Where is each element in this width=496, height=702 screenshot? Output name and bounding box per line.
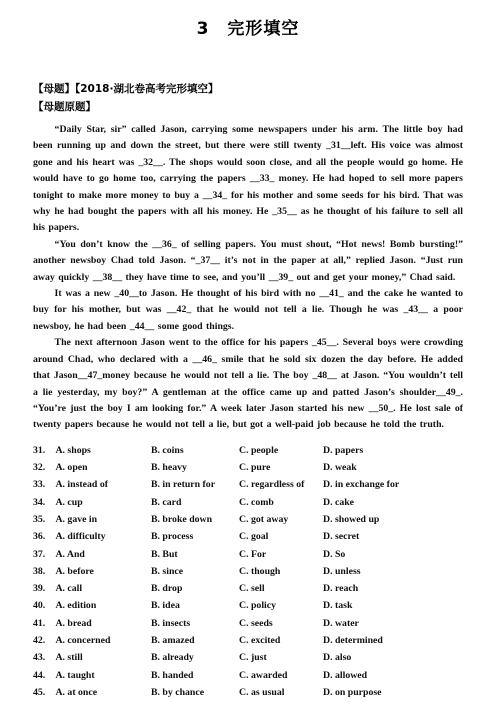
question-number: 36. (33, 528, 53, 545)
tag-block: 【母题】【2018·湖北卷高考完形填空】 【母题原题】 (33, 80, 463, 116)
option-a: A. still (55, 652, 82, 663)
question-number: 39. (33, 580, 53, 597)
question-first-cell: 32. A. open (33, 459, 151, 476)
question-first-cell: 33. A. instead of (33, 476, 151, 493)
option-b: B. insects (151, 615, 239, 632)
question-first-cell: 39. A. call (33, 580, 151, 597)
option-a: A. instead of (55, 479, 108, 490)
question-row: 44. A. taughtB. handedC. awardedD. allow… (33, 667, 463, 684)
question-row: 43. A. stillB. alreadyC. justD. also (33, 649, 463, 666)
option-b: B. handed (151, 667, 239, 684)
question-number: 40. (33, 597, 53, 614)
option-c: C. goal (239, 528, 323, 545)
question-row: 36. A. difficultyB. processC. goalD. sec… (33, 528, 463, 545)
question-first-cell: 41. A. bread (33, 615, 151, 632)
option-d: D. So (323, 546, 463, 563)
option-b: B. in return for (151, 476, 239, 493)
question-number: 31. (33, 442, 53, 459)
question-number: 32. (33, 459, 53, 476)
original-question-tag: 【母题原题】 (33, 98, 463, 116)
option-d: D. in exchange for (323, 476, 463, 493)
question-row: 35. A. gave inB. broke downC. got awayD.… (33, 511, 463, 528)
option-a: A. concerned (55, 635, 110, 646)
option-a: A. cup (55, 497, 82, 508)
question-first-cell: 37. A. And (33, 546, 151, 563)
option-d: D. also (323, 649, 463, 666)
page-title: 3 完形填空 (33, 18, 463, 40)
question-row: 37. A. AndB. ButC. ForD. So (33, 546, 463, 563)
option-c: C. excited (239, 632, 323, 649)
option-c: C. people (239, 442, 323, 459)
option-d: D. reach (323, 580, 463, 597)
question-row: 33. A. instead ofB. in return forC. rega… (33, 476, 463, 493)
option-c: C. awarded (239, 667, 323, 684)
question-number: 37. (33, 546, 53, 563)
question-first-cell: 43. A. still (33, 649, 151, 666)
option-c: C. seeds (239, 615, 323, 632)
cloze-passage: “Daily Star, sir” called Jason, carrying… (33, 122, 463, 434)
passage-paragraph-1: “Daily Star, sir” called Jason, carrying… (33, 122, 463, 237)
option-d: D. on purpose (323, 684, 463, 701)
option-d: D. task (323, 597, 463, 614)
question-first-cell: 35. A. gave in (33, 511, 151, 528)
question-number: 45. (33, 684, 53, 701)
option-a: A. bread (55, 618, 91, 629)
passage-paragraph-2: “You don’t know the __36_ of selling pap… (33, 237, 463, 286)
question-first-cell: 40. A. edition (33, 597, 151, 614)
option-c: C. as usual (239, 684, 323, 701)
option-b: B. by chance (151, 684, 239, 701)
question-first-cell: 36. A. difficulty (33, 528, 151, 545)
option-b: B. card (151, 494, 239, 511)
mother-question-tag: 【母题】【2018·湖北卷高考完形填空】 (33, 80, 463, 98)
option-d: D. secret (323, 528, 463, 545)
question-row: 45. A. at onceB. by chanceC. as usualD. … (33, 684, 463, 701)
option-b: B. amazed (151, 632, 239, 649)
question-row: 40. A. editionB. ideaC. policyD. task (33, 597, 463, 614)
question-number: 44. (33, 667, 53, 684)
question-number: 33. (33, 476, 53, 493)
option-b: B. coins (151, 442, 239, 459)
question-row: 38. A. beforeB. sinceC. thoughD. unless (33, 563, 463, 580)
question-first-cell: 44. A. taught (33, 667, 151, 684)
option-a: A. open (55, 462, 87, 473)
question-number: 41. (33, 615, 53, 632)
option-a: A. gave in (55, 514, 97, 525)
option-a: A. call (55, 583, 82, 594)
worksheet-page: 3 完形填空 【母题】【2018·湖北卷高考完形填空】 【母题原题】 “Dail… (0, 0, 496, 702)
option-a: A. And (55, 549, 84, 560)
question-first-cell: 42. A. concerned (33, 632, 151, 649)
option-b: B. heavy (151, 459, 239, 476)
option-d: D. weak (323, 459, 463, 476)
passage-paragraph-3: It was a new _40__to Jason. He thought o… (33, 286, 463, 335)
option-d: D. showed up (323, 511, 463, 528)
question-row: 41. A. breadB. insectsC. seedsD. water (33, 615, 463, 632)
question-row: 34. A. cupB. cardC. combD. cake (33, 494, 463, 511)
option-c: C. comb (239, 494, 323, 511)
question-number: 35. (33, 511, 53, 528)
option-b: B. broke down (151, 511, 239, 528)
option-d: D. allowed (323, 667, 463, 684)
option-b: B. already (151, 649, 239, 666)
option-d: D. unless (323, 563, 463, 580)
option-b: B. since (151, 563, 239, 580)
question-first-cell: 31. A. shops (33, 442, 151, 459)
question-row: 31. A. shopsB. coinsC. peopleD. papers (33, 442, 463, 459)
question-list: 31. A. shopsB. coinsC. peopleD. papers32… (33, 442, 463, 701)
passage-paragraph-4: The next afternoon Jason went to the off… (33, 335, 463, 433)
option-a: A. edition (55, 600, 96, 611)
option-a: A. at once (55, 687, 97, 698)
option-a: A. difficulty (55, 531, 105, 542)
option-d: D. cake (323, 494, 463, 511)
option-c: C. regardless of (239, 476, 323, 493)
option-c: C. sell (239, 580, 323, 597)
question-row: 42. A. concernedB. amazedC. excitedD. de… (33, 632, 463, 649)
option-c: C. policy (239, 597, 323, 614)
option-b: B. process (151, 528, 239, 545)
question-number: 42. (33, 632, 53, 649)
option-d: D. determined (323, 632, 463, 649)
question-first-cell: 38. A. before (33, 563, 151, 580)
question-first-cell: 34. A. cup (33, 494, 151, 511)
option-a: A. shops (55, 445, 90, 456)
option-c: C. though (239, 563, 323, 580)
option-d: D. water (323, 615, 463, 632)
option-c: C. pure (239, 459, 323, 476)
question-row: 32. A. openB. heavyC. pureD. weak (33, 459, 463, 476)
question-row: 39. A. callB. dropC. sellD. reach (33, 580, 463, 597)
option-c: C. just (239, 649, 323, 666)
option-a: A. before (55, 566, 93, 577)
option-b: B. drop (151, 580, 239, 597)
option-b: B. idea (151, 597, 239, 614)
question-number: 34. (33, 494, 53, 511)
question-number: 43. (33, 649, 53, 666)
option-c: C. For (239, 546, 323, 563)
question-first-cell: 45. A. at once (33, 684, 151, 701)
option-c: C. got away (239, 511, 323, 528)
option-d: D. papers (323, 442, 463, 459)
option-a: A. taught (55, 670, 94, 681)
option-b: B. But (151, 546, 239, 563)
question-number: 38. (33, 563, 53, 580)
